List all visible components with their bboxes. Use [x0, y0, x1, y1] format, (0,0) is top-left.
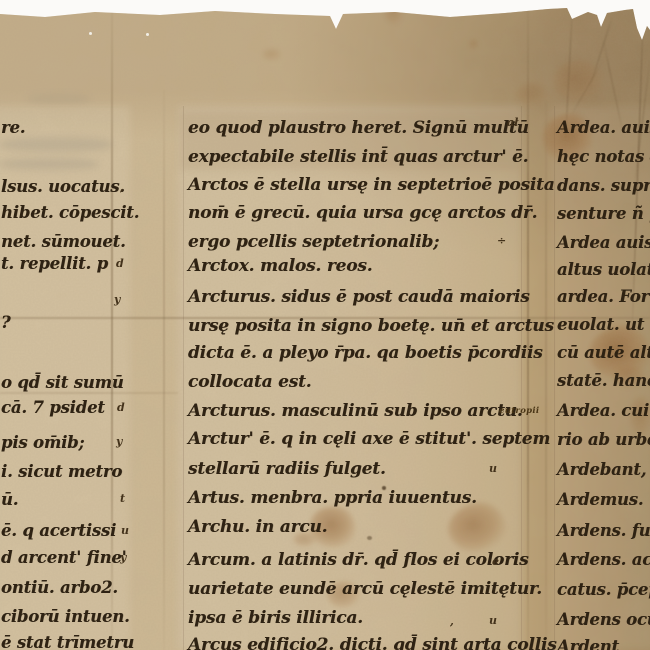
text-line: t. repellit. p	[1, 253, 108, 275]
gutter-mark: u	[489, 462, 497, 475]
text-line: stellarū radiis fulget.	[188, 458, 386, 480]
text-line: statē. hanc	[557, 370, 650, 392]
gutter-mark: y	[120, 551, 126, 564]
gutter-mark: ÷	[497, 234, 506, 247]
text-line: dans. supra	[557, 175, 650, 197]
text-line: Ardea auis	[557, 232, 650, 254]
text-line: euolat. ut p	[557, 314, 650, 336]
text-line: o qd̄ sit sumū	[1, 372, 124, 394]
manuscript-page: re.lsus. uocatus.hibet. cōpescit.net. sū…	[0, 0, 650, 650]
text-line: senture ñ po	[557, 203, 650, 225]
text-line: Arcturus. masculinū sub ipso arctu.	[188, 400, 523, 422]
text-line: ipsa ē biris illirica.	[188, 607, 363, 629]
text-line: ciborū intuen.	[1, 606, 130, 628]
text-line: Arctur' ē. q in cęli axe ē stitut'. sept…	[188, 428, 550, 450]
gutter-mark: e	[492, 555, 499, 568]
parchment-sheet: re.lsus. uocatus.hibet. cōpescit.net. sū…	[0, 0, 650, 650]
text-line: Artus. menbra. ppria iuuentus.	[188, 487, 477, 509]
text-line: hęc notas d	[557, 146, 650, 168]
gutter-mark: y	[116, 435, 122, 448]
text-line: ardea. For	[557, 286, 649, 308]
text-line: Ardebant,	[557, 459, 646, 481]
text-line: uarietate eundē arcū cęlestē imitętur.	[188, 578, 542, 600]
text-line: re.	[1, 117, 25, 139]
text-line: d arcent' fine'	[1, 547, 127, 569]
text-line: Arcus edificio2. dicti. qd̄ sint arta co…	[188, 634, 557, 650]
text-line: Archu. in arcu.	[188, 516, 327, 538]
text-line: ē. q acertissi	[1, 520, 116, 542]
text-line: rio ab urbe	[557, 429, 650, 451]
text-line: dicta ē. a pleyo r̄pa. qa boetis p̄cordi…	[188, 342, 543, 364]
gutter-mark: ,	[120, 181, 124, 194]
text-line: ē stat trīmetru	[1, 632, 134, 650]
middle-column: eo quod plaustro heret. Signū multūexpec…	[188, 0, 518, 650]
text-line: collocata est.	[188, 371, 311, 393]
gloss-eutropii: eutropii	[499, 406, 539, 416]
text-line: cā. 7 psidet	[1, 397, 105, 419]
gutter-mark: d	[117, 401, 125, 414]
gutter-mark: ,	[450, 615, 454, 628]
text-line: Ardens. fur	[557, 520, 650, 542]
text-line: Arctos ē stella ursę in septetrioē posit…	[188, 174, 555, 196]
text-line: Ardea. cuiu	[557, 400, 650, 422]
text-line: Arcturus. sidus ē post caudā maioris	[188, 286, 530, 308]
text-line: Ardent	[557, 636, 619, 650]
text-line: pis om̄ib;	[1, 432, 84, 454]
gutter-mark: t	[120, 492, 125, 505]
gutter-mark: y	[114, 293, 120, 306]
text-line: Ardens ocu	[557, 609, 650, 631]
text-line: net. sūmouet.	[1, 231, 126, 253]
text-line: ū.	[1, 489, 18, 511]
gutter-mark: u	[489, 614, 497, 627]
text-line: lsus. uocatus.	[1, 176, 125, 198]
text-line: altus uolat	[557, 259, 650, 281]
text-line: expectabile stellis int̄ quas arctur' ē.	[188, 146, 528, 168]
text-line: ontiū. arbo2.	[1, 577, 118, 599]
right-column: Ardea. auishęc notas ddans. suprasenture…	[557, 0, 650, 650]
text-line: hibet. cōpescit.	[1, 202, 139, 224]
text-line: cū autē alti	[557, 342, 650, 364]
text-line: Ardemus.	[557, 489, 643, 511]
text-line: i. sicut metro	[1, 461, 122, 483]
text-line: ergo pcellis septetrionalib;	[188, 231, 439, 253]
text-line: Ardea. auis	[557, 117, 650, 139]
gutter-mark: u	[121, 524, 129, 537]
text-line: eo quod plaustro heret. Signū multū	[188, 117, 529, 139]
text-line: ?	[1, 312, 10, 334]
gutter-mark: d	[116, 257, 124, 270]
text-line: ursę posita in signo boetę. un̄ et arctu…	[188, 315, 554, 337]
text-line: Arctox. malos. reos.	[188, 255, 372, 277]
left-column: re.lsus. uocatus.hibet. cōpescit.net. sū…	[1, 0, 131, 650]
text-line: catus. p̄cep	[557, 579, 650, 601]
text-line: nom̄ ē grecū. quia ursa gcę arctos dr̄.	[188, 202, 537, 224]
text-line: Ardens. ac	[557, 549, 650, 571]
gutter-mark: ał	[507, 116, 518, 129]
text-line: Arcum. a latinis dr̄. qd̄ flos ei colori…	[188, 549, 529, 571]
